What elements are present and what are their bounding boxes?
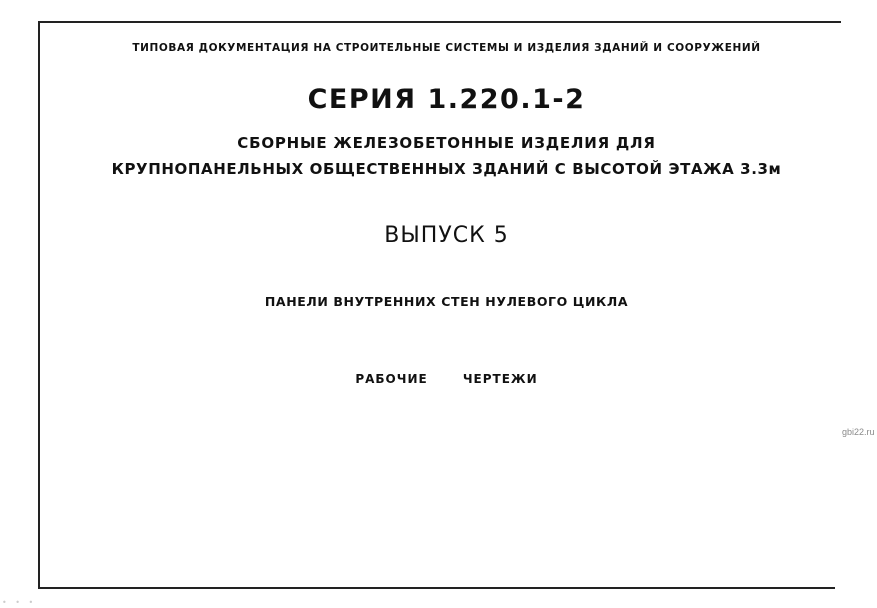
- series-title: СЕРИЯ 1.220.1-2: [8, 84, 877, 115]
- scan-artifact-dots: • • •: [2, 598, 36, 607]
- issue-title: ПАНЕЛИ ВНУТРЕННИХ СТЕН НУЛЕВОГО ЦИКЛА: [8, 294, 877, 309]
- issue-number: ВЫПУСК 5: [8, 223, 877, 248]
- subtitle-line-2: КРУПНОПАНЕЛЬНЫХ ОБЩЕСТВЕННЫХ ЗДАНИЙ С ВЫ…: [8, 160, 877, 178]
- frame-bottom-border: [38, 587, 835, 589]
- frame-top-border: [39, 21, 841, 23]
- organization-line: ТИПОВАЯ ДОКУМЕНТАЦИЯ НА СТРОИТЕЛЬНЫЕ СИС…: [8, 42, 877, 54]
- watermark: gbi22.ru: [842, 427, 875, 437]
- subtitle-line-1: СБОРНЫЕ ЖЕЛЕЗОБЕТОННЫЕ ИЗДЕЛИЯ ДЛЯ: [8, 134, 877, 152]
- document-type: РАБОЧИЕ ЧЕРТЕЖИ: [8, 372, 877, 386]
